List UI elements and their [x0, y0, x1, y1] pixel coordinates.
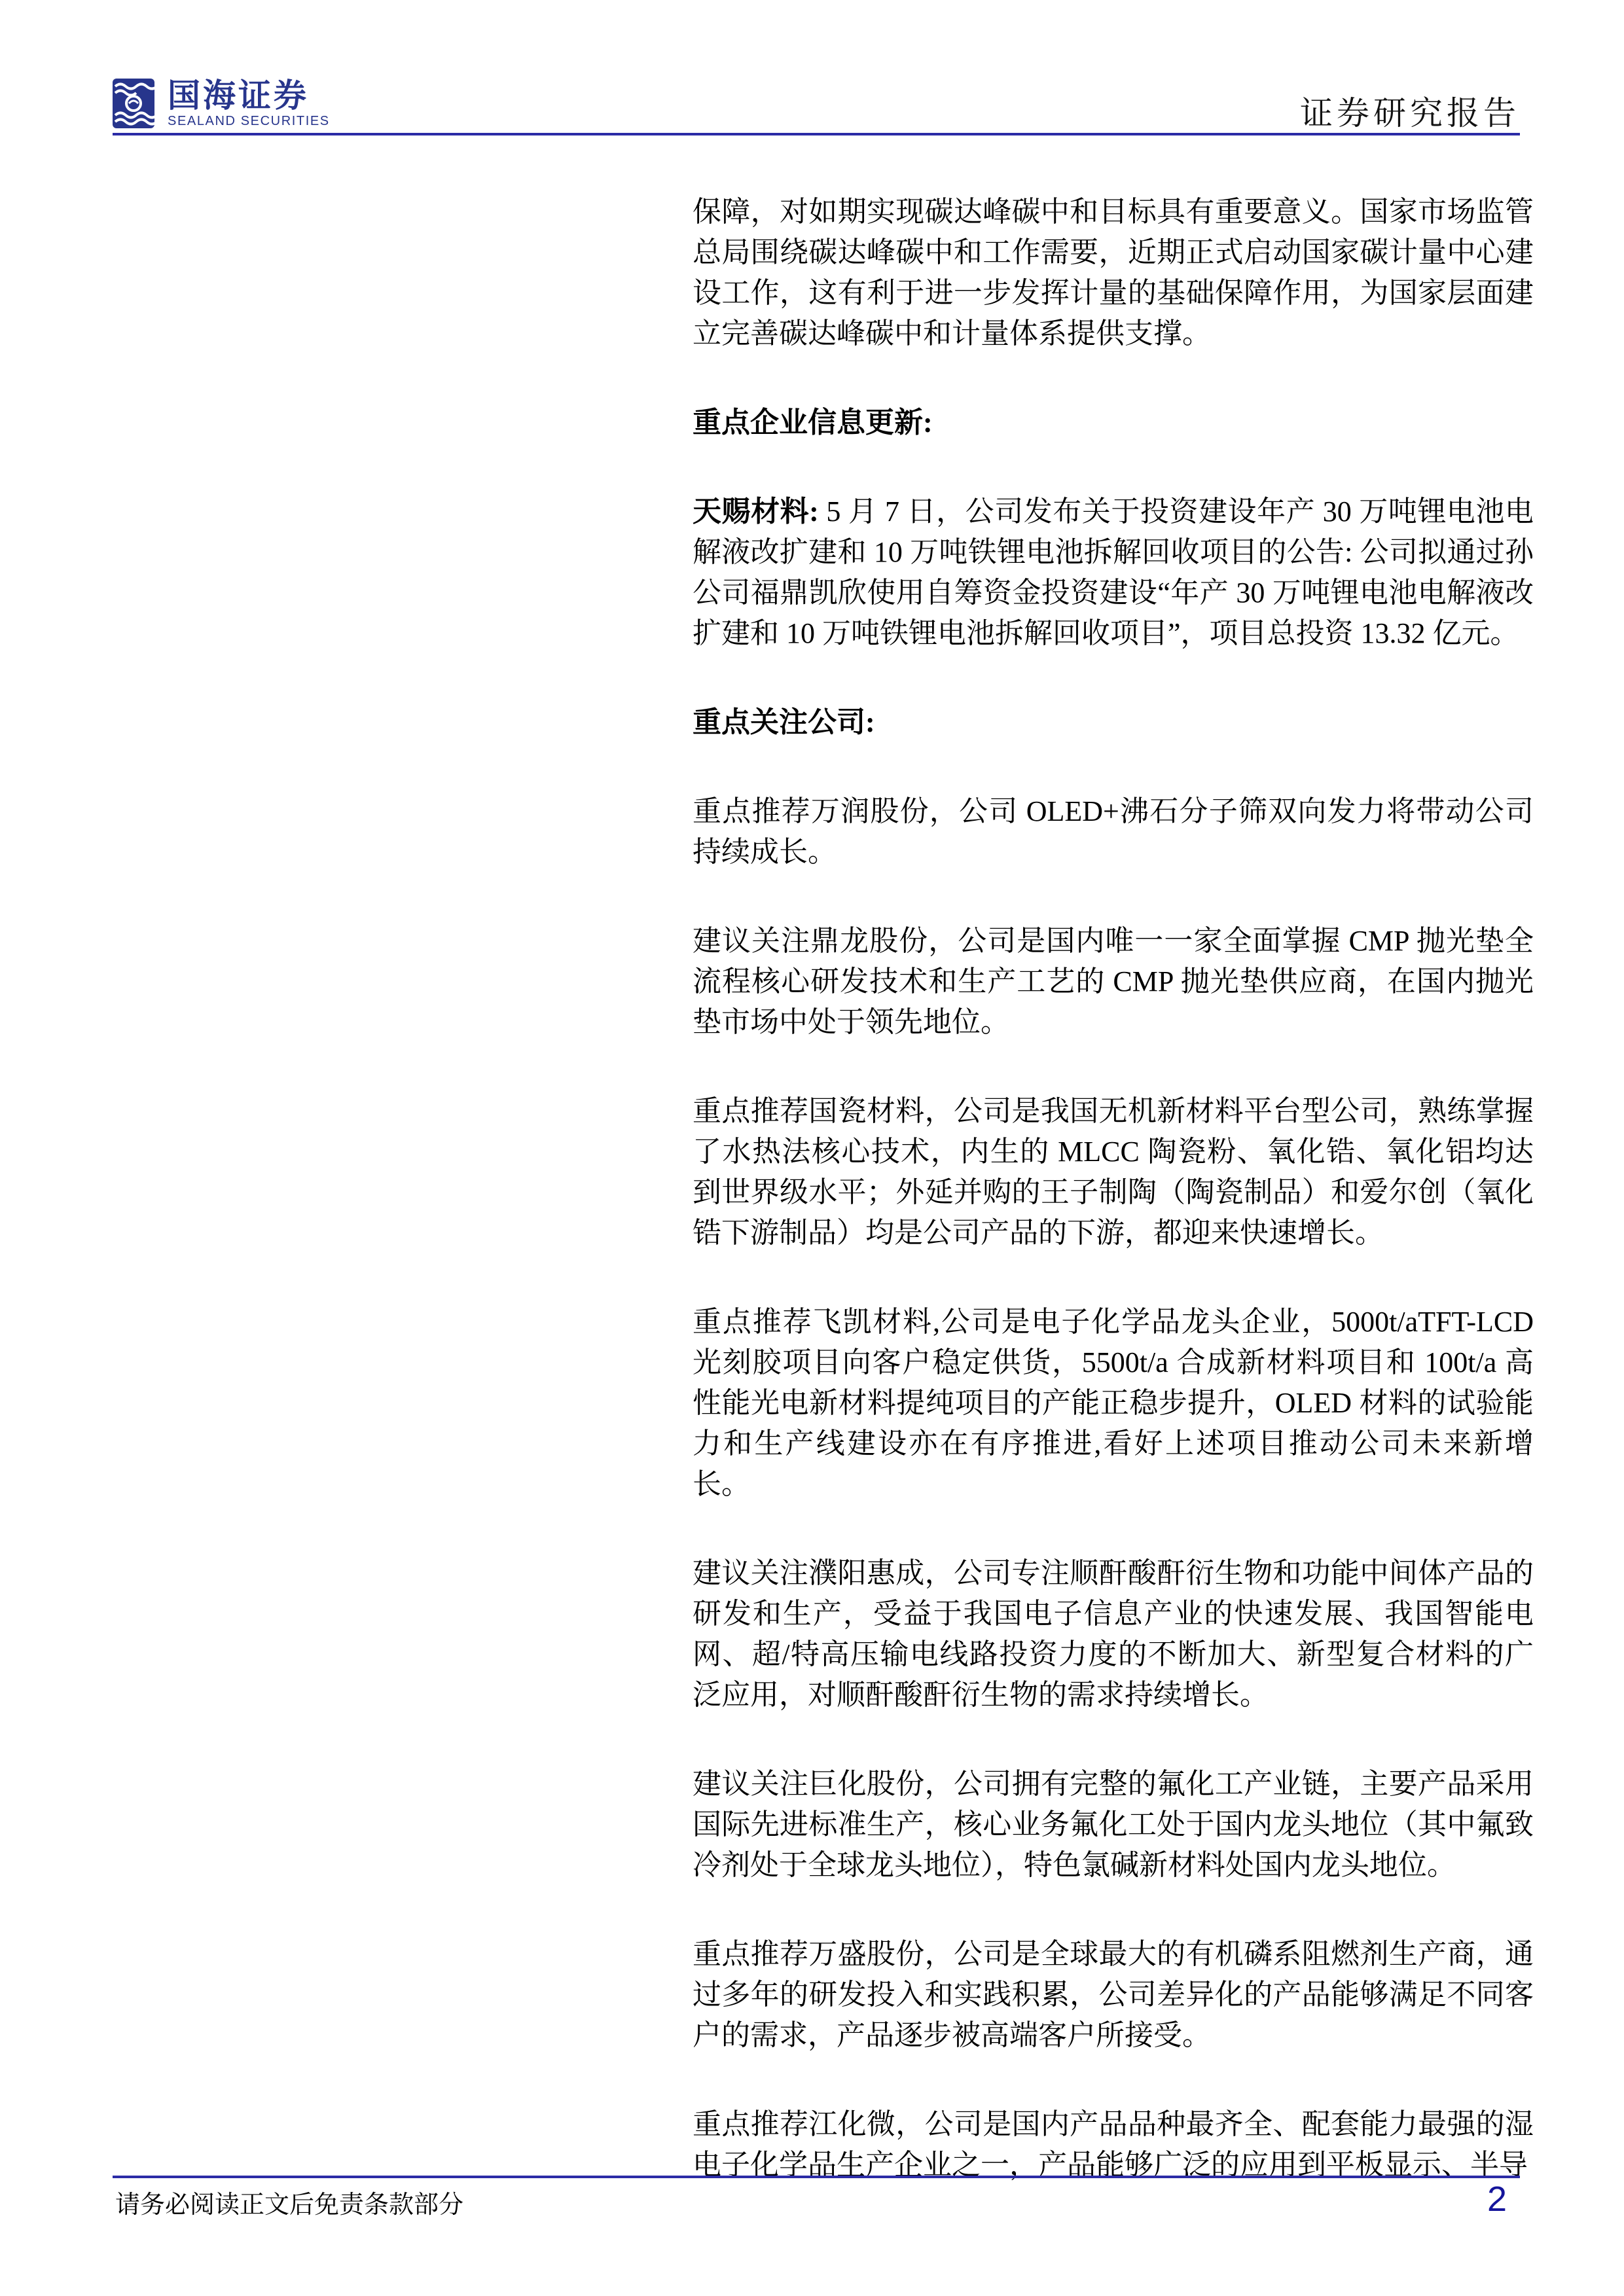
report-page: 国海证券 SEALAND SECURITIES 证券研究报告 保障，对如期实现碳… [0, 0, 1624, 2296]
footer-disclaimer: 请务必阅读正文后免责条款部分 [115, 2190, 463, 2220]
paragraph: 建议关注濮阳惠成，公司专注顺酐酸酐衍生物和功能中间体产品的研发和生产，受益于我国… [693, 1553, 1534, 1715]
sealand-wave-seal-icon [113, 79, 154, 128]
logo-text: 国海证券 SEALAND SECURITIES [168, 79, 330, 130]
report-type-label: 证券研究报告 [1300, 96, 1520, 131]
paragraph: 重点推荐万润股份，公司 OLED+沸石分子筛双向发力将带动公司持续成长。 [693, 791, 1534, 872]
paragraph-lead: 天赐材料: [693, 495, 819, 528]
section-heading: 重点关注公司: [693, 702, 1534, 743]
logo-name-en: SEALAND SECURITIES [168, 113, 330, 130]
paragraph: 重点推荐飞凯材料,公司是电子化学品龙头企业，5000t/aTFT-LCD光刻胶项… [693, 1302, 1534, 1505]
footer-divider [113, 2176, 1520, 2178]
paragraph: 重点推荐国瓷材料，公司是我国无机新材料平台型公司，熟练掌握了水热法核心技术，内生… [693, 1091, 1534, 1253]
body-text-column: 保障，对如期实现碳达峰碳中和目标具有重要意义。国家市场监管总局围绕碳达峰碳中和工… [693, 192, 1534, 2234]
paragraph: 建议关注巨化股份，公司拥有完整的氟化工产业链，主要产品采用国际先进标准生产，核心… [693, 1764, 1534, 1886]
company-logo: 国海证券 SEALAND SECURITIES [113, 79, 330, 130]
paragraph: 重点推荐万盛股份，公司是全球最大的有机磷系阻燃剂生产商，通过多年的研发投入和实践… [693, 1934, 1534, 2056]
paragraph: 天赐材料: 5 月 7 日，公司发布关于投资建设年产 30 万吨锂电池电解液改扩… [693, 492, 1534, 654]
page-number: 2 [1487, 2181, 1507, 2217]
paragraph: 保障，对如期实现碳达峰碳中和目标具有重要意义。国家市场监管总局围绕碳达峰碳中和工… [693, 192, 1534, 354]
paragraph: 建议关注鼎龙股份，公司是国内唯一一家全面掌握 CMP 抛光垫全流程核心研发技术和… [693, 921, 1534, 1043]
header-divider [113, 133, 1520, 135]
section-heading: 重点企业信息更新: [693, 403, 1534, 443]
paragraph: 重点推荐江化微，公司是国内产品品种最齐全、配套能力最强的湿电子化学品生产企业之一… [693, 2104, 1534, 2185]
logo-name-cn: 国海证券 [168, 79, 330, 113]
